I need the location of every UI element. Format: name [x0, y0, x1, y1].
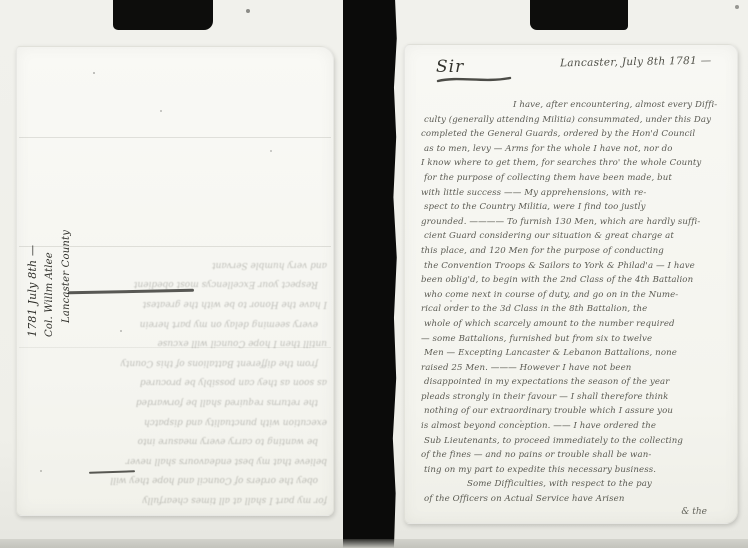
letter-line: with little success —— My apprehensions,… — [421, 186, 727, 201]
bleed-through-line: the returns required shall be forwarded — [51, 391, 318, 411]
bleed-through-line: as soon as they can possibly be procured — [51, 372, 327, 392]
bleed-through-line: and very humble Servant — [51, 254, 327, 274]
letter-dateline: Lancaster, July 8th 1781 — — [559, 55, 711, 70]
letter-line: of the fines — and no pains or trouble s… — [421, 448, 727, 463]
letter-line: pleads strongly in their favour — I shal… — [421, 390, 727, 405]
letter-line: raised 25 Men. ——— However I have not be… — [421, 361, 727, 376]
letter-line: this place, and 120 Men for the purpose … — [421, 244, 727, 259]
letter-line: who come next in course of duty, and go … — [424, 288, 727, 303]
letter-body: I have, after encountering, almost every… — [421, 98, 727, 507]
bleed-through-line: be wanting to carry every measure into — [51, 431, 318, 451]
letter-line: spect to the Country Militia, were I fin… — [424, 200, 727, 215]
letter-line: of the Officers on Actual Service have A… — [424, 492, 727, 507]
letter-line: completed the General Guards, ordered by… — [421, 127, 727, 142]
scanner-clip-right — [530, 0, 628, 30]
letter-line: nothing of our extraordinary trouble whi… — [424, 404, 727, 419]
catchword: & the — [681, 507, 707, 517]
letter-line: cient Guard considering our situation & … — [424, 229, 727, 244]
bleed-through-line: every seeming delay on my part herein — [51, 313, 318, 333]
letter-line: — some Battalions, furnished but from si… — [421, 332, 727, 347]
letter-line: as to men, levy — Arms for the whole I h… — [424, 142, 727, 157]
scanner-clip-left — [113, 0, 213, 30]
scanner-bed-edge — [0, 539, 748, 548]
letter-line: grounded. ———— To furnish 130 Men, which… — [421, 215, 727, 230]
letter-line: is almost beyond conception. —— I have o… — [421, 419, 727, 434]
bleed-through-line: I have the Honor to be with the greatest — [51, 293, 327, 313]
letter-line: rical order to the 3d Class in the 8th B… — [421, 302, 727, 317]
letter-line: I know where to get them, for searches t… — [421, 156, 727, 171]
bleed-through-text: for my part I shall at all times chearfu… — [51, 247, 327, 509]
book-spine-gap — [343, 0, 399, 548]
dust-specks — [0, 0, 2, 2]
letter-line: whole of which scarcely amount to the nu… — [424, 317, 727, 332]
bleed-through-line: from the different Battalions of this Co… — [51, 352, 318, 372]
letter-salutation: Sir — [436, 57, 514, 84]
bleed-through-line: for my part I shall at all times chearfu… — [51, 489, 327, 509]
letter-line: culty (generally attending Militia) cons… — [424, 113, 727, 128]
letter-line: ting on my part to expedite this necessa… — [424, 463, 727, 478]
document-scan: 1781 July 8th —Col. Willm AtleeLancaster… — [0, 0, 748, 548]
letter-line: the Convention Troops & Sailors to York … — [424, 259, 727, 274]
letter-line: I have, after encountering, almost every… — [421, 98, 727, 113]
letter-line: Sub Lieutenants, to proceed immediately … — [424, 434, 727, 449]
letter-line: Men — Excepting Lancaster & Lebanon Batt… — [424, 346, 727, 361]
bleed-through-line: untill then I hope Council will excuse — [51, 333, 327, 353]
bleed-through-line: believe that my best endeavours shall ne… — [51, 450, 327, 470]
fold-crease — [19, 137, 331, 138]
letter-line: disappointed in my expectations the seas… — [424, 375, 727, 390]
letter-line: for the purpose of collecting them have … — [424, 171, 727, 186]
right-page: Lancaster, July 8th 1781 — Sir I have, a… — [404, 44, 738, 524]
endorsement-line: 1781 July 8th — — [24, 165, 41, 337]
left-page: 1781 July 8th —Col. Willm AtleeLancaster… — [16, 46, 334, 516]
bleed-through-line: execution with punctuality and dispatch — [51, 411, 327, 431]
salutation-text: Sir — [436, 57, 464, 77]
letter-line: been oblig'd, to begin with the 2nd Clas… — [421, 273, 727, 288]
letter-line: Some Difficulties, with respect to the p… — [421, 477, 727, 492]
